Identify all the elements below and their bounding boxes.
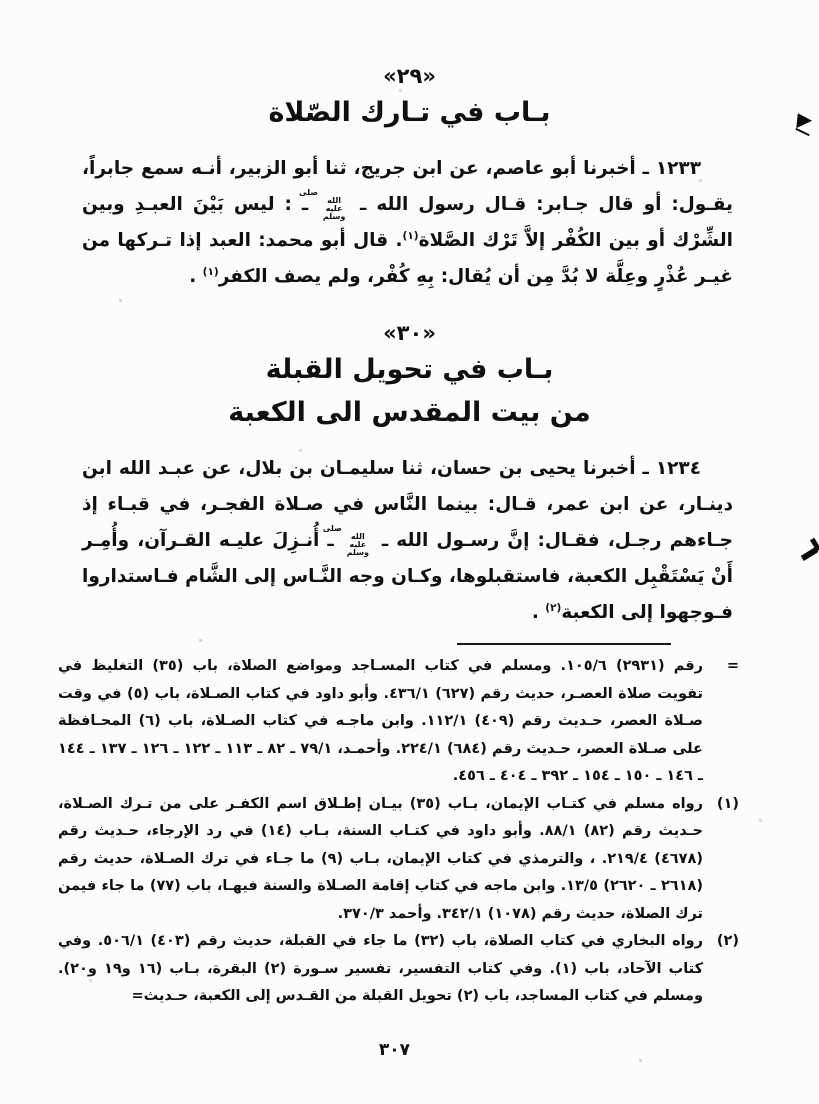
footnote-ref-1: (١) <box>403 230 419 242</box>
page-number: ٣٠٧ <box>0 1040 789 1060</box>
footnote-ref-1b: (١) <box>203 266 219 278</box>
footnote-2-text: رواه البخاري في كتاب الصلاة، باب (٣٢) ما… <box>58 928 703 1011</box>
chapter-title-30-line1: بـاب في تحويل القبلة <box>0 351 819 388</box>
footnote-1-text: رواه مسلم في كتـاب الإيمان، بـاب (٣٥) بي… <box>58 791 703 929</box>
footnotes-block: = رقم (٢٩٣١) ١٠٥/٦. ومسلم في كتاب المسـا… <box>58 653 739 1011</box>
book-page: «٢٩» بـاب في تـارك الصّلاة ١٢٣٣ ـ أخبرنا… <box>0 0 819 1104</box>
chapter-title-29: بـاب في تـارك الصّلاة <box>0 94 819 131</box>
footnote-2-marker: (٢) <box>703 928 739 956</box>
footnote-continuation-text: رقم (٢٩٣١) ١٠٥/٦. ومسلم في كتاب المسـاجد… <box>58 653 703 791</box>
page-edge-mark-top-right <box>796 113 812 129</box>
section-number-30: «٣٠» <box>0 321 819 345</box>
footnote-1: (١) رواه مسلم في كتـاب الإيمان، بـاب (٣٥… <box>58 791 739 929</box>
chapter-title-30-line2: من بيت المقدس الى الكعبة <box>0 394 819 431</box>
scan-noise <box>0 0 1 1</box>
hadith-1233-number: ١٢٣٣ <box>656 158 701 179</box>
footnote-1-marker: (١) <box>703 791 739 819</box>
footnote-2: (٢) رواه البخاري في كتاب الصلاة، باب (٣٢… <box>58 928 739 1011</box>
footnote-separator-rule <box>457 643 671 645</box>
footnote-ref-2: (٢) <box>545 602 561 614</box>
hadith-1233-tail: . <box>189 266 202 287</box>
footnote-continuation: = رقم (٢٩٣١) ١٠٥/٦. ومسلم في كتاب المسـا… <box>58 653 739 791</box>
section-number-29: «٢٩» <box>0 64 819 88</box>
honorific-saw-mark: صلى الله عليه وسلم <box>342 525 374 557</box>
hadith-1234-paragraph: ١٢٣٤ ـ أخبرنا يحيى بن حسان، ثنا سليمـان … <box>82 451 733 631</box>
hadith-1234-number: ١٢٣٤ <box>656 458 701 479</box>
hadith-1234-tail: . <box>532 602 545 623</box>
honorific-saw-mark: صلى الله عليه وسلم <box>318 189 350 221</box>
footnote-continuation-marker: = <box>703 653 739 681</box>
hadith-1233-paragraph: ١٢٣٣ ـ أخبرنا أبو عاصم، عن ابن جريج، ثنا… <box>82 151 733 295</box>
